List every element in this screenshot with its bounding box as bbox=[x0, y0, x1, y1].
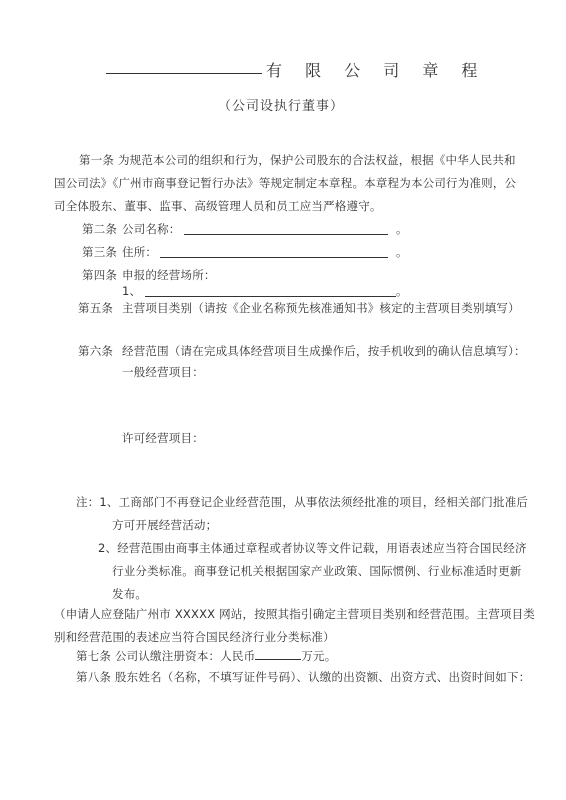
business-place-input-line[interactable] bbox=[145, 284, 396, 297]
note-1-line-1: 注：1、工商部门不再登记企业经营范围，从事依法须经批准的项目，经相关部门批准后 bbox=[76, 495, 528, 509]
article-6-text: 经营范围（请在完成具体经营项目生成操作后，按手机收到的确认信息填写）： bbox=[122, 344, 526, 358]
article-4-label: 第四条 bbox=[82, 268, 117, 282]
article-3-label: 第三条 bbox=[82, 245, 117, 259]
article-4-end: 。 bbox=[396, 284, 408, 298]
registered-capital-input-line[interactable] bbox=[255, 648, 301, 660]
article-2-label: 第二条 bbox=[82, 222, 117, 236]
note-2-line-3: 发布。 bbox=[112, 587, 147, 601]
note-1-line-2: 方可开展经营活动； bbox=[112, 518, 217, 532]
note-2-line-1: 2、经营范围由商事主体通过章程或者协议等文件记载，用语表述应当符合国民经济 bbox=[98, 541, 527, 555]
licensed-business-items-label: 许可经营项目： bbox=[122, 431, 204, 445]
article-3-end: 。 bbox=[396, 245, 408, 259]
applicant-note-line-2: 别和经营范围的表述应当符合国民经济行业分类标准） bbox=[54, 630, 335, 644]
article-4-field-label: 申报的经营场所： bbox=[122, 268, 216, 282]
address-input-line[interactable] bbox=[160, 245, 388, 258]
company-name-blank-line[interactable] bbox=[106, 73, 262, 74]
article-1-line-1: 第一条 为规范本公司的组织和行为，保护公司股东的合法权益，根据《中华人民共和 bbox=[79, 153, 516, 167]
article-2-field-label: 公司名称： bbox=[122, 222, 181, 236]
document-title: 有 限 公 司 章 程 bbox=[266, 58, 486, 81]
article-4-item-number: 1、 bbox=[122, 284, 141, 298]
article-5-label: 第五条 bbox=[78, 301, 113, 315]
document-subtitle: （公司设执行董事） bbox=[218, 95, 344, 114]
applicant-note-line-1: （申请人应登陆广州市 XXXXX 网站，按照其指引确定主营项目类别和经营范围。主… bbox=[54, 607, 535, 621]
general-business-items-label: 一般经营项目： bbox=[122, 365, 204, 379]
article-3-field-label: 住所： bbox=[122, 245, 157, 259]
article-1-line-2: 国公司法》《广州市商事登记暂行办法》等规定制定本章程。本章程为本公司行为准则，公 bbox=[54, 176, 516, 190]
article-7-prefix: 第七条 公司认缴注册资本：人民币 bbox=[76, 649, 255, 663]
article-6-label: 第六条 bbox=[78, 344, 113, 358]
article-7-text: 第七条 公司认缴注册资本：人民币万元。 bbox=[76, 648, 336, 663]
article-2-end: 。 bbox=[396, 222, 408, 236]
article-7-suffix: 万元。 bbox=[301, 649, 336, 663]
article-1-line-3: 司全体股东、董事、监事、高级管理人员和员工应当严格遵守。 bbox=[54, 199, 382, 213]
article-8-text: 第八条 股东姓名（名称，不填写证件号码）、认缴的出资额、出资方式、出资时间如下： bbox=[76, 670, 530, 684]
note-2-line-2: 行业分类标准。商事登记机关根据国家产业政策、国际惯例、行业标准适时更新 bbox=[112, 564, 522, 578]
company-name-input-line[interactable] bbox=[184, 222, 388, 235]
article-5-text: 主营项目类别（请按《企业名称预先核准通知书》核定的主营项目类别填写） bbox=[122, 301, 520, 315]
